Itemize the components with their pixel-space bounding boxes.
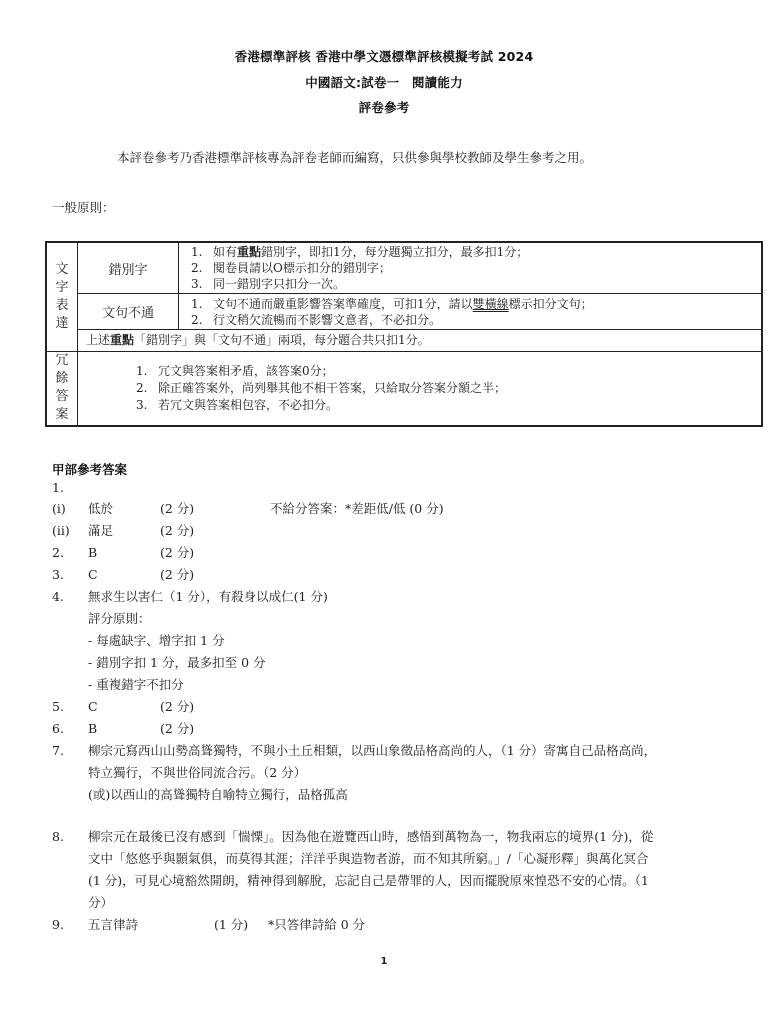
- rule-item: 1. 文句不通而嚴重影響答案準確度，可扣1分，請以雙橫線標示扣分文句；: [191, 296, 757, 312]
- combined-deduction-note: 上述重點「錯別字」與「文句不通」兩項，每分題合共只扣1分。: [78, 330, 763, 352]
- answer-q8: 柳宗元在最後已沒有感到「惴慄」。因為他在遊覽西山時，感悟到萬物為一，物我兩忘的境…: [88, 826, 738, 914]
- general-principles-label: 一般原則：: [52, 198, 115, 216]
- marking-scheme-title: 評卷參考: [0, 98, 768, 116]
- answer-q7: 柳宗元寫西山山勢高聳獨特，不與小土丘相類，以西山象徵品格高尚的人，（1 分）寄寓…: [88, 740, 738, 806]
- subcategory-awkward-sentences: 文句不通: [78, 294, 179, 330]
- rule-item: 1. 如有重點錯別字，即扣1分，每分題獨立扣分，最多扣1分；: [191, 244, 757, 260]
- rule-item: 2. 行文稍欠流暢而不影響文意者，不必扣分。: [191, 312, 757, 328]
- paper-subtitle: 中國語文:試卷一 閱讀能力: [0, 73, 768, 91]
- rule-item: 1. 冗文與答案相矛盾，該答案0分；: [136, 363, 757, 380]
- rule-item: 2. 閱卷員請以O標示扣分的錯別字；: [191, 260, 757, 276]
- document-page: 香港標準評核 香港中學文憑標準評核模擬考試 2024 中國語文:試卷一 閱讀能力…: [0, 0, 768, 1024]
- redundancy-rules-list: 1. 冗文與答案相矛盾，該答案0分； 2. 除正確答案外，尚列舉其他不相干答案，…: [78, 352, 763, 426]
- category-written-expression: 文 字 表 達: [46, 242, 78, 352]
- doc-title: 香港標準評核 香港中學文憑標準評核模擬考試 2024: [0, 47, 768, 65]
- marking-rules-table: 文 字 表 達 錯別字 1. 如有重點錯別字，即扣1分，每分題獨立扣分，最多扣1…: [45, 241, 763, 427]
- rule-item: 3. 若冗文與答案相包容，不必扣分。: [136, 397, 757, 414]
- intro-paragraph: 本評卷參考乃香港標準評核專為評卷老師而編寫，只供參與學校教師及學生參考之用。: [117, 148, 592, 166]
- rule-item: 3. 同一錯別字只扣分一次。: [191, 276, 757, 292]
- section-a-title: 甲部參考答案: [52, 460, 127, 478]
- page-number: 1: [0, 956, 768, 967]
- rule-item: 2. 除正確答案外，尚列舉其他不相干答案，只給取分答案分額之半；: [136, 380, 757, 397]
- category-redundant-answers: 冗 餘 答 案: [46, 352, 78, 426]
- typo-rules-list: 1. 如有重點錯別字，即扣1分，每分題獨立扣分，最多扣1分； 2. 閱卷員請以O…: [179, 242, 763, 294]
- sentence-rules-list: 1. 文句不通而嚴重影響答案準確度，可扣1分，請以雙橫線標示扣分文句； 2. 行…: [179, 294, 763, 330]
- subcategory-typos: 錯別字: [78, 242, 179, 294]
